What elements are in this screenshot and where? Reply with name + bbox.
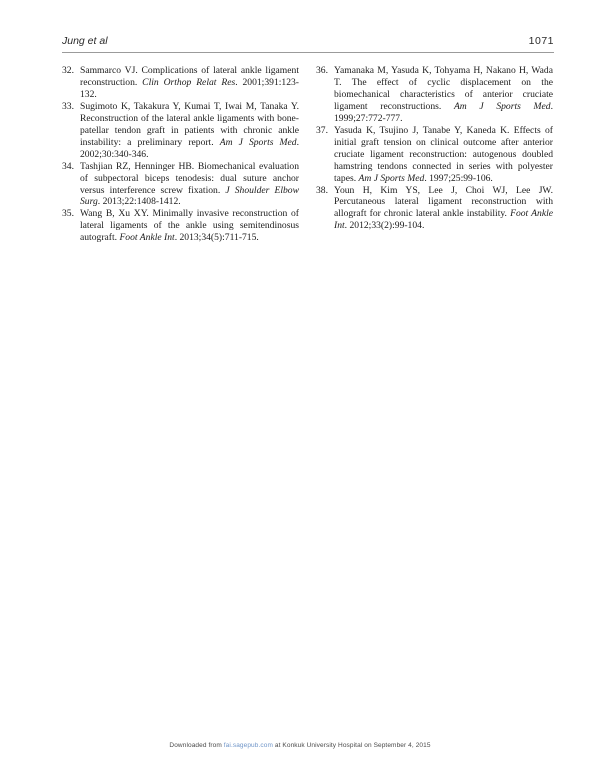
reference-text: Wang B, Xu XY. Minimally invasive recons… bbox=[80, 208, 299, 244]
reference-text: Youn H, Kim YS, Lee J, Choi WJ, Lee JW. … bbox=[334, 185, 553, 233]
article-page: Jung et al 1071 32.Sammarco VJ. Complica… bbox=[0, 0, 600, 779]
reference-item: 34.Tashjian RZ, Henninger HB. Biomechani… bbox=[62, 161, 299, 209]
reference-item: 38.Youn H, Kim YS, Lee J, Choi WJ, Lee J… bbox=[316, 185, 553, 233]
download-notice: Downloaded from fai.sagepub.com at Konku… bbox=[0, 742, 600, 749]
reference-item: 37.Yasuda K, Tsujino J, Tanabe Y, Kaneda… bbox=[316, 125, 553, 185]
reference-number: 35. bbox=[62, 208, 80, 244]
reference-number: 37. bbox=[316, 125, 334, 185]
reference-text: Yasuda K, Tsujino J, Tanabe Y, Kaneda K.… bbox=[334, 125, 553, 185]
reference-number: 34. bbox=[62, 161, 80, 209]
reference-column-right: 36.Yamanaka M, Yasuda K, Tohyama H, Naka… bbox=[316, 65, 553, 244]
running-head-page-number: 1071 bbox=[529, 35, 554, 47]
reference-item: 36.Yamanaka M, Yasuda K, Tohyama H, Naka… bbox=[316, 65, 553, 125]
reference-columns: 32.Sammarco VJ. Complications of lateral… bbox=[62, 65, 554, 244]
reference-number: 38. bbox=[316, 185, 334, 233]
reference-text: Sugimoto K, Takakura Y, Kumai T, Iwai M,… bbox=[80, 101, 299, 161]
reference-item: 35.Wang B, Xu XY. Minimally invasive rec… bbox=[62, 208, 299, 244]
reference-text: Sammarco VJ. Complications of lateral an… bbox=[80, 65, 299, 101]
reference-item: 32.Sammarco VJ. Complications of lateral… bbox=[62, 65, 299, 101]
running-head: Jung et al 1071 bbox=[62, 35, 554, 47]
reference-number: 36. bbox=[316, 65, 334, 125]
header-rule bbox=[62, 52, 554, 53]
reference-text: Yamanaka M, Yasuda K, Tohyama H, Nakano … bbox=[334, 65, 553, 125]
reference-number: 33. bbox=[62, 101, 80, 161]
reference-item: 33.Sugimoto K, Takakura Y, Kumai T, Iwai… bbox=[62, 101, 299, 161]
download-source-link[interactable]: fai.sagepub.com bbox=[224, 742, 273, 749]
reference-text: Tashjian RZ, Henninger HB. Biomechanical… bbox=[80, 161, 299, 209]
running-head-author: Jung et al bbox=[62, 35, 108, 47]
reference-number: 32. bbox=[62, 65, 80, 101]
download-notice-suffix: at Konkuk University Hospital on Septemb… bbox=[273, 742, 431, 749]
reference-column-left: 32.Sammarco VJ. Complications of lateral… bbox=[62, 65, 299, 244]
download-notice-prefix: Downloaded from bbox=[169, 742, 223, 749]
